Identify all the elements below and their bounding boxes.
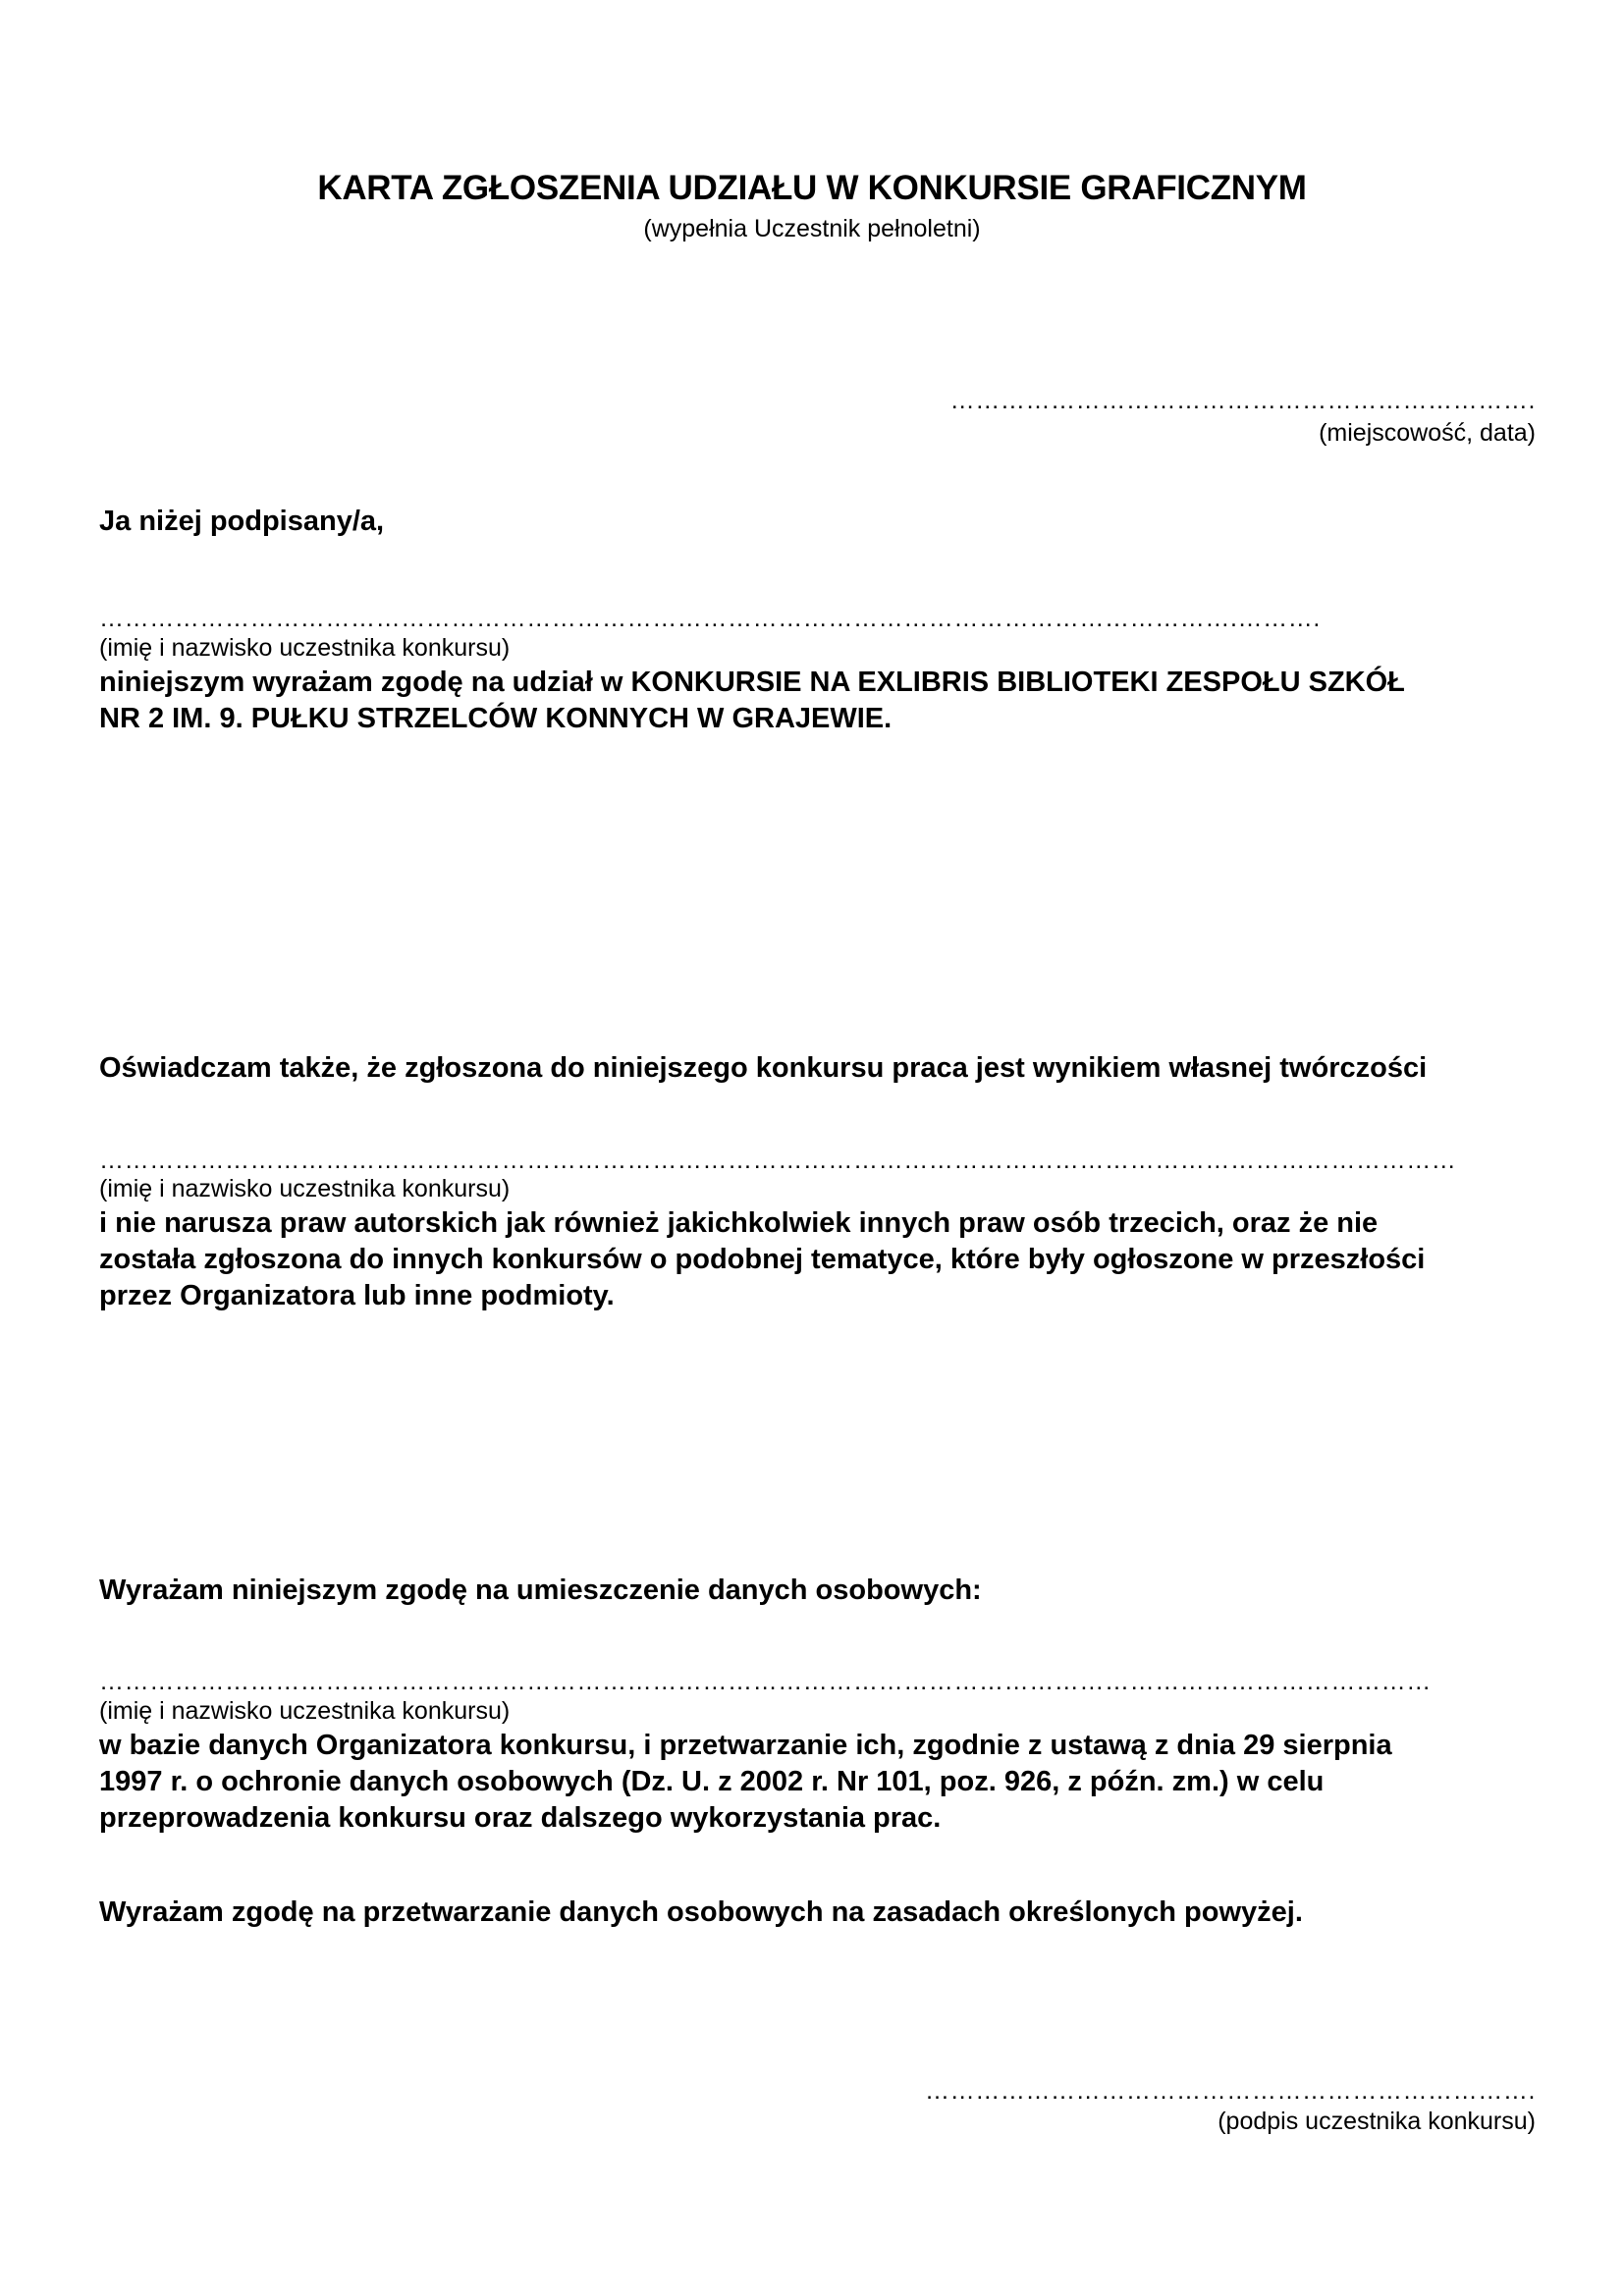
participation-consent-text: niniejszym wyrażam zgodę na udział w KON… xyxy=(99,665,1552,737)
data-consent-heading: Wyrażam niniejszym zgodę na umieszczenie… xyxy=(99,1573,982,1609)
text-line: i nie narusza praw autorskich jak równie… xyxy=(99,1205,1552,1242)
participant-name-caption-3: (imię i nazwisko uczestnika konkursu) xyxy=(99,1696,510,1726)
text-line: 1997 r. o ochronie danych osobowych (Dz.… xyxy=(99,1764,1552,1800)
text-line: przeprowadzenia konkursu oraz dalszego w… xyxy=(99,1800,1552,1837)
text-line: została zgłoszona do innych konkursów o … xyxy=(99,1242,1552,1278)
text-line: NR 2 IM. 9. PUŁKU STRZELCÓW KONNYCH W GR… xyxy=(99,701,1552,737)
text-line: przez Organizatora lub inne podmioty. xyxy=(99,1278,1552,1314)
participant-name-field-1[interactable]: …………………………………………………………………………………………………………… xyxy=(99,609,1376,628)
data-consent-text: w bazie danych Organizatora konkursu, i … xyxy=(99,1728,1552,1837)
participant-name-field-3[interactable]: …………………………………………………………………………………………………………… xyxy=(99,1672,1518,1691)
intro-text: Ja niżej podpisany/a, xyxy=(99,504,384,540)
place-date-caption: (miejscowość, data) xyxy=(943,418,1536,448)
page-title: KARTA ZGŁOSZENIA UDZIAŁU W KONKURSIE GRA… xyxy=(0,169,1624,208)
signature-field[interactable]: ………………………………………………………………. xyxy=(913,2081,1536,2101)
participant-name-field-2[interactable]: …………………………………………………………………………………………………………… xyxy=(99,1150,1531,1170)
page-subtitle: (wypełnia Uczestnik pełnoletni) xyxy=(0,214,1624,243)
signature-caption: (podpis uczestnika konkursu) xyxy=(913,2107,1536,2136)
authorship-statement-text: i nie narusza praw autorskich jak równie… xyxy=(99,1205,1552,1314)
place-date-field[interactable]: ……………………………………………………………. xyxy=(943,391,1536,410)
participant-name-caption-2: (imię i nazwisko uczestnika konkursu) xyxy=(99,1174,510,1203)
text-line: niniejszym wyrażam zgodę na udział w KON… xyxy=(99,665,1552,701)
authorship-statement-heading: Oświadczam także, że zgłoszona do niniej… xyxy=(99,1050,1427,1087)
text-line: w bazie danych Organizatora konkursu, i … xyxy=(99,1728,1552,1764)
participant-name-caption-1: (imię i nazwisko uczestnika konkursu) xyxy=(99,633,510,663)
processing-consent-text: Wyrażam zgodę na przetwarzanie danych os… xyxy=(99,1895,1303,1931)
